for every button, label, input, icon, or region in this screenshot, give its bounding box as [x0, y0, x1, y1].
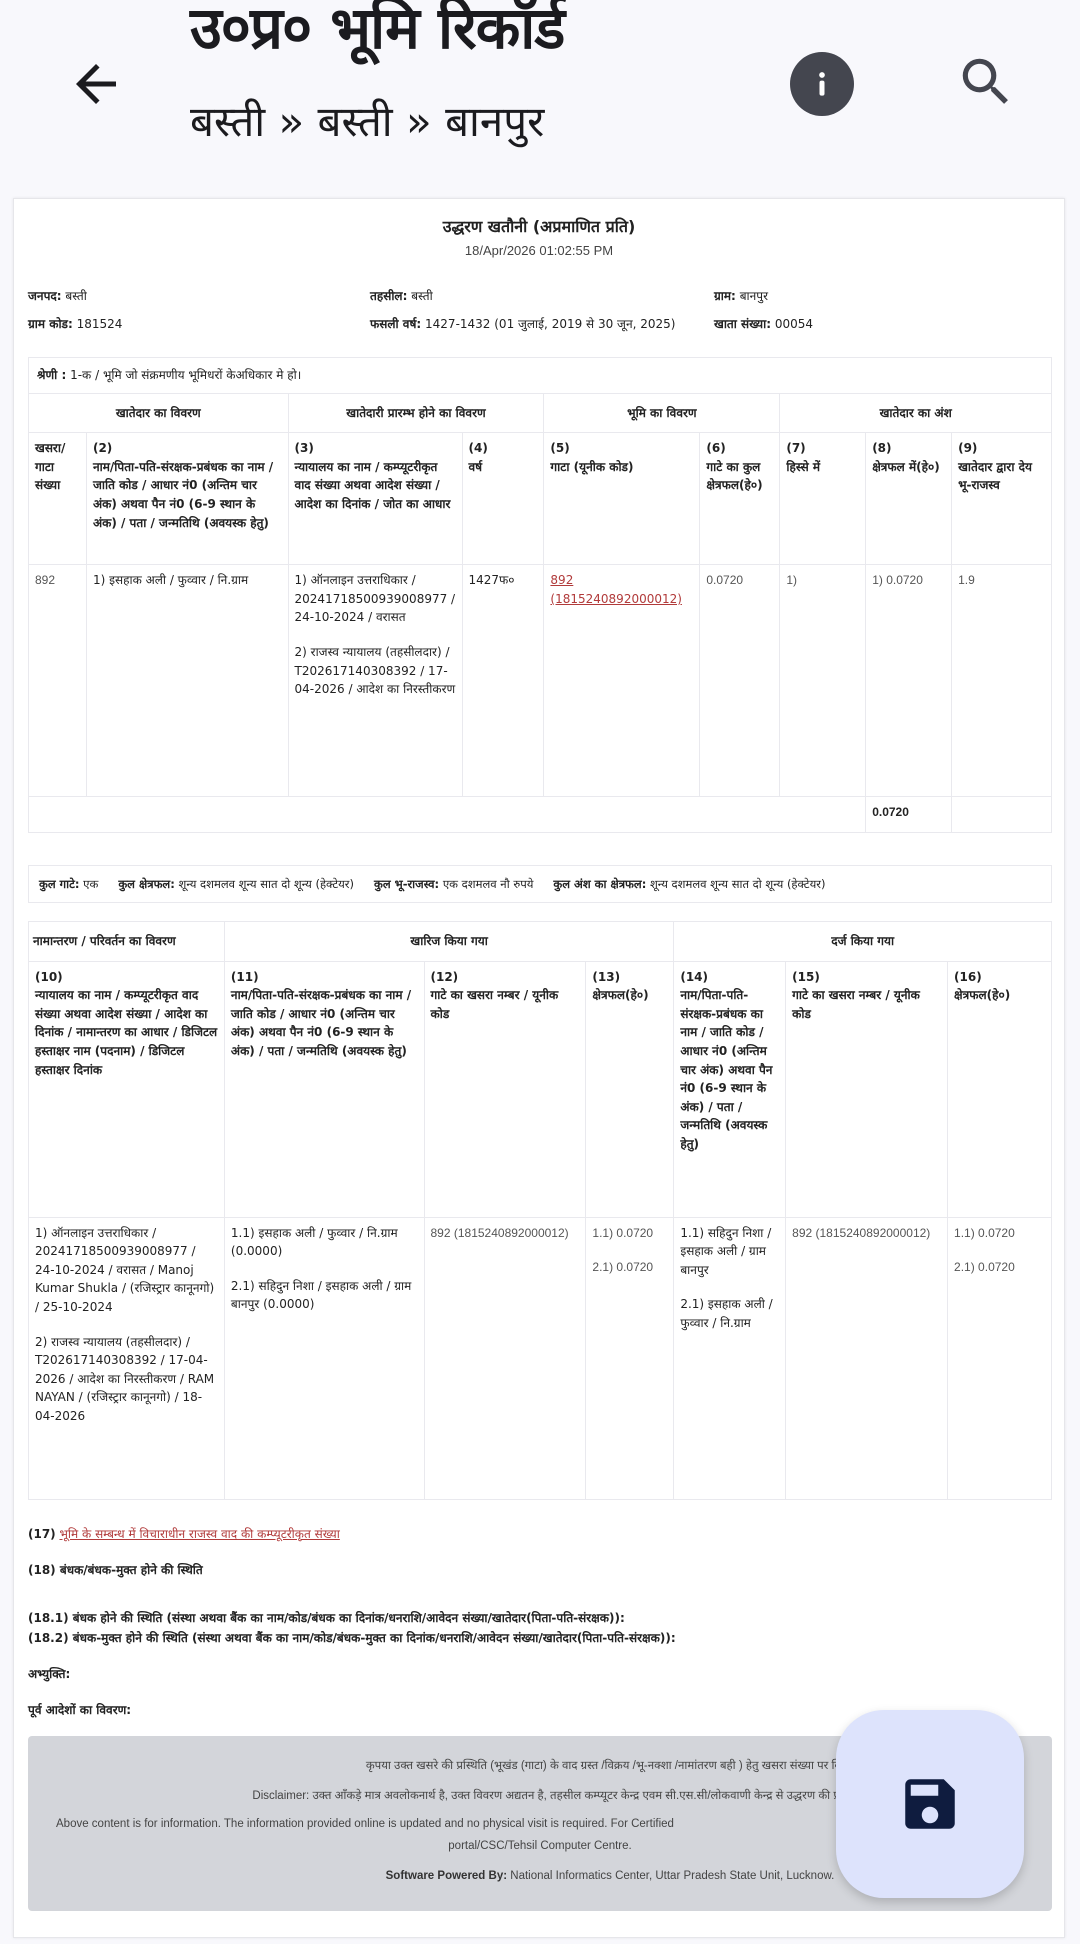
- added-gata: 892 (1815240892000012): [786, 1217, 948, 1499]
- save-button[interactable]: [836, 1710, 1024, 1898]
- save-icon: [897, 1771, 963, 1837]
- added-owners: 1.1) सहिदुन निशा / इसहाक अली / ग्राम बान…: [674, 1217, 786, 1499]
- total-revenue: कुल भू-राजस्व: एक दशमलव नौ रुपये: [364, 877, 543, 892]
- arrow-left-icon: [66, 54, 126, 114]
- khata-number: खाता संख्या: 00054: [714, 315, 813, 332]
- app-bar: उ०प्र० भूमि रिकॉर्ड बस्ती » बस्ती » बानप…: [0, 0, 1080, 184]
- khatedar-table: श्रेणी : 1-क / भूमि जो संक्रमणीय भूमिधरो…: [28, 357, 1052, 833]
- column-header: (2) नाम/पिता-पति-संरक्षक-प्रबंधक का नाम …: [86, 433, 288, 565]
- document-title: उद्धरण खतौनी (अप्रमाणित प्रति): [14, 215, 1064, 237]
- column-header: (3) न्यायालय का नाम / कम्प्यूटरीकृत वाद …: [288, 433, 462, 565]
- search-icon: [955, 51, 1017, 113]
- group-header: भूमि का विवरण: [544, 393, 780, 433]
- khatauni-document: उद्धरण खतौनी (अप्रमाणित प्रति) 18/Apr/20…: [13, 198, 1065, 1938]
- section-18-1: (18.1) बंधक होने की स्थिति (संस्था अथवा …: [28, 1609, 625, 1626]
- tehsil: तहसील: बस्ती: [370, 287, 433, 304]
- column-header: (16) क्षेत्रफल(हे०): [948, 961, 1052, 1217]
- column-header: (7) हिस्से में: [780, 433, 866, 565]
- group-header: खारिज किया गया: [224, 922, 673, 962]
- total-area: कुल क्षेत्रफल: शून्य दशमलव शून्य सात दो …: [108, 877, 364, 892]
- mutation-table: नामान्तरण / परिवर्तन का विवरण खारिज किया…: [28, 921, 1052, 1500]
- added-area: 1.1) 0.0720 2.1) 0.0720: [948, 1217, 1052, 1499]
- total-area-cell: 0.0720: [700, 565, 780, 797]
- column-header: (10) न्यायालय का नाम / कम्प्यूटरीकृत वाद…: [29, 961, 225, 1217]
- gram-code: ग्राम कोड: 181524: [28, 315, 122, 332]
- gram: ग्राम: बानपुर: [714, 287, 768, 304]
- share-cell: 1): [780, 565, 866, 797]
- group-header: खातेदारी प्रारम्भ होने का विवरण: [288, 393, 544, 433]
- area-total: 0.0720: [866, 797, 952, 833]
- app-title: उ०प्र० भूमि रिकॉर्ड: [190, 0, 564, 65]
- column-header: (9) खातेदार द्वारा देय भू-राजस्व: [952, 433, 1052, 565]
- column-header: (4) वर्ष: [462, 433, 544, 565]
- table-row: 1) ऑनलाइन उत्तराधिकार / 2024171850093900…: [29, 1217, 1052, 1499]
- table-row: 892 1) इसहाक अली / फुव्वार / नि.ग्राम 1)…: [29, 565, 1052, 797]
- document-datetime: 18/Apr/2026 01:02:55 PM: [14, 243, 1064, 258]
- column-header: (14) नाम/पिता-पति-संरक्षक-प्रबंधक का नाम…: [674, 961, 786, 1217]
- owner-details: 1) इसहाक अली / फुव्वार / नि.ग्राम: [86, 565, 288, 797]
- section-17: (17) भूमि के सम्बन्ध में विचाराधीन राजस्…: [28, 1525, 340, 1542]
- removed-gata: 892 (1815240892000012): [424, 1217, 586, 1499]
- column-header: (15) गाटे का खसरा नम्बर / यूनीक कोड: [786, 961, 948, 1217]
- area-cell: 1) 0.0720: [866, 565, 952, 797]
- removed-owners: 1.1) इसहाक अली / फुव्वार / नि.ग्राम (0.0…: [224, 1217, 424, 1499]
- khasra-number: 892: [29, 565, 87, 797]
- column-header: (12) गाटे का खसरा नम्बर / यूनीक कोड: [424, 961, 586, 1217]
- column-header: (13) क्षेत्रफल(हे०): [586, 961, 674, 1217]
- fasli-year-cell: 1427फ०: [462, 565, 544, 797]
- gata-link[interactable]: 892 (1815240892000012): [544, 565, 700, 797]
- section-18-2: (18.2) बंधक-मुक्त होने की स्थिति (संस्था…: [28, 1629, 676, 1646]
- column-header: (5) गाटा (यूनीक कोड): [544, 433, 700, 565]
- janpad: जनपद: बस्ती: [28, 287, 87, 304]
- breadcrumb: बस्ती » बस्ती » बानपुर: [190, 92, 544, 149]
- total-gata: कुल गाटे: एक: [29, 877, 108, 892]
- info-button[interactable]: [790, 52, 854, 116]
- column-header: (11) नाम/पिता-पति-संरक्षक-प्रबंधक का नाम…: [224, 961, 424, 1217]
- column-header: (8) क्षेत्रफल में(हे०): [866, 433, 952, 565]
- group-header: दर्ज किया गया: [674, 922, 1052, 962]
- removed-area: 1.1) 0.0720 2.1) 0.0720: [586, 1217, 674, 1499]
- share-area: कुल अंश का क्षेत्रफल: शून्य दशमलव शून्य …: [543, 877, 835, 892]
- search-button[interactable]: [950, 46, 1022, 118]
- column-header: (6) गाटे का कुल क्षेत्रफल(हे०): [700, 433, 780, 565]
- group-header: खातेदार का विवरण: [29, 393, 289, 433]
- pending-case-link[interactable]: भूमि के सम्बन्ध में विचाराधीन राजस्व वाद…: [60, 1527, 340, 1541]
- back-button[interactable]: [60, 48, 132, 120]
- group-header: खातेदार का अंश: [780, 393, 1052, 433]
- summary-row: कुल गाटे: एक कुल क्षेत्रफल: शून्य दशमलव …: [28, 865, 1052, 903]
- category: श्रेणी : 1-क / भूमि जो संक्रमणीय भूमिधरो…: [29, 358, 1052, 394]
- court-details: 1) ऑनलाइन उत्तराधिकार / 2024171850093900…: [288, 565, 462, 797]
- group-header: नामान्तरण / परिवर्तन का विवरण: [29, 922, 225, 962]
- column-header: खसरा/ गाटा संख्या: [29, 433, 87, 565]
- info-icon: [802, 64, 842, 104]
- fasli-year: फसली वर्ष: 1427-1432 (01 जुलाई, 2019 से …: [370, 315, 675, 332]
- section-18: (18) बंधक/बंधक-मुक्त होने की स्थिति: [28, 1561, 203, 1578]
- mutation-details: 1) ऑनलाइन उत्तराधिकार / 2024171850093900…: [29, 1217, 225, 1499]
- remarks: अभ्युक्ति:: [28, 1665, 70, 1682]
- previous-orders: पूर्व आदेशों का विवरण:: [28, 1701, 131, 1718]
- revenue-cell: 1.9: [952, 565, 1052, 797]
